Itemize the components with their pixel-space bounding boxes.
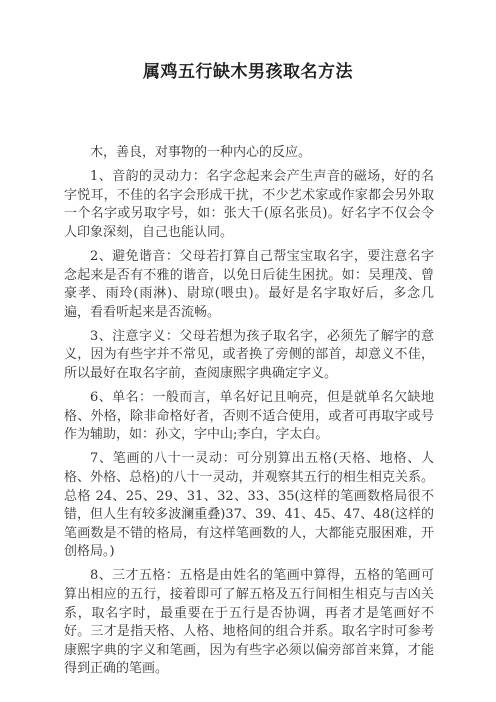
paragraph: 2、避免谐音：父母若打算自己帮宝宝取名字，要注意名字念起来是否有不雅的谐音，以免… — [64, 248, 434, 322]
paragraph: 7、笔画的八十一灵动：可分别算出五格(天格、地格、人格、外格、总格)的八十一灵动… — [64, 450, 434, 562]
document-body: 木，善良，对事物的一种内心的反应。1、音韵的灵动力：名字念起来会产生声音的磁场，… — [64, 144, 434, 679]
paragraph: 1、音韵的灵动力：名字念起来会产生声音的磁场，好的名字悦耳，不佳的名字会形成干扰… — [64, 168, 434, 242]
paragraph: 木，善良，对事物的一种内心的反应。 — [64, 144, 434, 163]
paragraph: 3、注意字义：父母若想为孩子取名字，必须先了解字的意义，因为有些字并不常见，或者… — [64, 328, 434, 384]
paragraph: 6、单名：一般而言，单名好记且响亮，但是就单名欠缺地格、外格，除非命格好者，否则… — [64, 389, 434, 445]
page-title: 属鸡五行缺木男孩取名方法 — [0, 0, 496, 82]
document-page: 属鸡五行缺木男孩取名方法 木，善良，对事物的一种内心的反应。1、音韵的灵动力：名… — [0, 0, 496, 702]
paragraph: 8、三才五格：五格是由姓名的笔画中算得，五格的笔画可算出相应的五行，接着即可了解… — [64, 567, 434, 679]
